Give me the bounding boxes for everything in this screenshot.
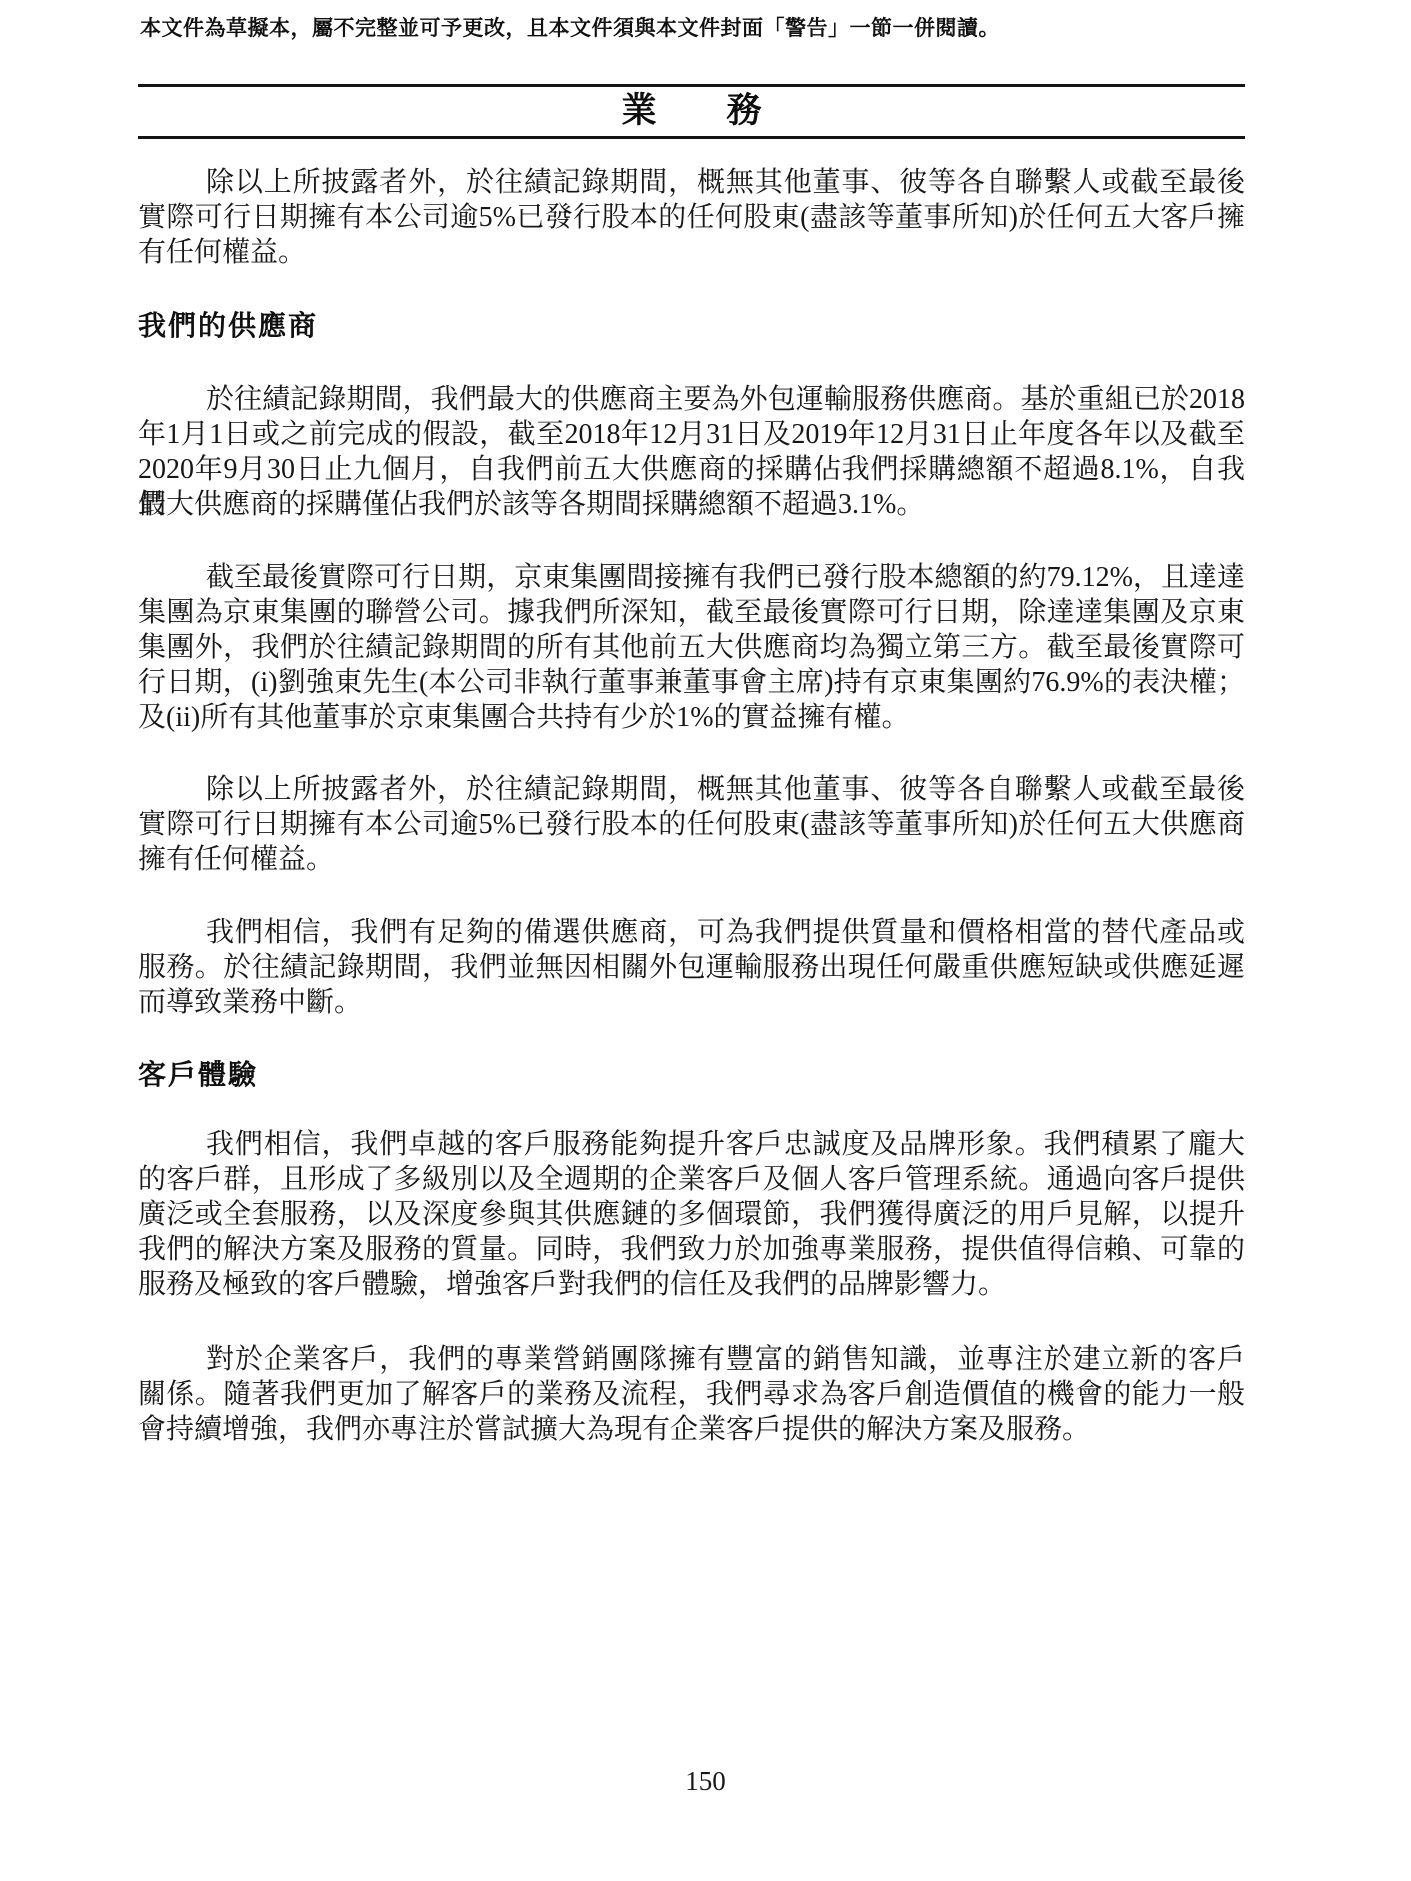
paragraph-customer-1: 我們相信，我們卓越的客戶服務能夠提升客戶忠誠度及品牌形象。我們積累了龐大 的客戶… [138,1127,1245,1302]
text-line: 有任何權益。 [138,235,1245,270]
text-line: 實際可行日期擁有本公司逾5%已發行股本的任何股東(盡該等董事所知)於任何五大供應… [138,807,1245,842]
heading-customer-experience: 客戶體驗 [138,1057,1245,1092]
page-number: 150 [0,1766,1411,1797]
text-line: 年1月1日或之前完成的假設，截至2018年12月31日及2019年12月31日止… [138,417,1245,452]
text-line: 行日期，(i)劉強東先生(本公司非執行董事兼董事會主席)持有京東集團約76.9%… [138,665,1245,700]
text-line: 及(ii)所有其他董事於京東集團合共持有少於1%的實益擁有權。 [138,700,1245,735]
text-line: 廣泛或全套服務，以及深度參與其供應鏈的多個環節，我們獲得廣泛的用戶見解，以提升 [138,1197,1245,1232]
paragraph-suppliers-1: 於往績記錄期間，我們最大的供應商主要為外包運輸服務供應商。基於重組已於2018 … [138,382,1245,522]
text-line: 除以上所披露者外，於往績記錄期間，概無其他董事、彼等各自聯繫人或截至最後 [138,165,1245,200]
heading-our-suppliers: 我們的供應商 [138,308,1245,343]
text-line: 除以上所披露者外，於往績記錄期間，概無其他董事、彼等各自聯繫人或截至最後 [138,772,1245,807]
text-line: 會持續增強，我們亦專注於嘗試擴大為現有企業客戶提供的解決方案及服務。 [138,1412,1245,1447]
paragraph-suppliers-2: 截至最後實際可行日期，京東集團間接擁有我們已發行股本總額的約79.12%，且達達… [138,560,1245,735]
text-line: 關係。隨著我們更加了解客戶的業務及流程，我們尋求為客戶創造價值的機會的能力一般 [138,1377,1245,1412]
text-line: 的客戶群，且形成了多級別以及全週期的企業客戶及個人客戶管理系統。通過向客戶提供 [138,1162,1245,1197]
text-line: 集團外，我們於往績記錄期間的所有其他前五大供應商均為獨立第三方。截至最後實際可 [138,630,1245,665]
text-line: 截至最後實際可行日期，京東集團間接擁有我們已發行股本總額的約79.12%，且達達 [138,560,1245,595]
text-line: 對於企業客戶，我們的專業營銷團隊擁有豐富的銷售知識，並專注於建立新的客戶 [138,1342,1245,1377]
text-line: 2020年9月30日止九個月，自我們前五大供應商的採購佔我們採購總額不超過8.1… [138,452,1245,487]
paragraph-suppliers-4: 我們相信，我們有足夠的備選供應商，可為我們提供質量和價格相當的替代產品或 服務。… [138,915,1245,1020]
title-rule-bottom [138,136,1245,139]
text-line: 實際可行日期擁有本公司逾5%已發行股本的任何股東(盡該等董事所知)於任何五大客戶… [138,200,1245,235]
title-rule-top [138,84,1245,87]
text-line: 我們的解決方案及服務的質量。同時，我們致力於加強專業服務，提供值得信賴、可靠的 [138,1232,1245,1267]
text-line: 服務及極致的客戶體驗，增強客戶對我們的信任及我們的品牌影響力。 [138,1267,1245,1302]
text-line: 我們相信，我們有足夠的備選供應商，可為我們提供質量和價格相當的替代產品或 [138,915,1245,950]
page-title: 業 務 [138,90,1245,132]
text-line: 最大供應商的採購僅佔我們於該等各期間採購總額不超過3.1%。 [138,487,1245,522]
document-page: 本文件為草擬本，屬不完整並可予更改，且本文件須與本文件封面「警告」一節一併閱讀。… [0,0,1411,1881]
text-line: 擁有任何權益。 [138,842,1245,877]
draft-warning-notice: 本文件為草擬本，屬不完整並可予更改，且本文件須與本文件封面「警告」一節一併閱讀。 [140,12,1000,42]
paragraph-customer-2: 對於企業客戶，我們的專業營銷團隊擁有豐富的銷售知識，並專注於建立新的客戶 關係。… [138,1342,1245,1447]
text-line: 於往績記錄期間，我們最大的供應商主要為外包運輸服務供應商。基於重組已於2018 [138,382,1245,417]
paragraph-intro: 除以上所披露者外，於往績記錄期間，概無其他董事、彼等各自聯繫人或截至最後 實際可… [138,165,1245,270]
paragraph-suppliers-3: 除以上所披露者外，於往績記錄期間，概無其他董事、彼等各自聯繫人或截至最後 實際可… [138,772,1245,877]
text-line: 而導致業務中斷。 [138,985,1245,1020]
text-line: 我們相信，我們卓越的客戶服務能夠提升客戶忠誠度及品牌形象。我們積累了龐大 [138,1127,1245,1162]
text-line: 集團為京東集團的聯營公司。據我們所深知，截至最後實際可行日期，除達達集團及京東 [138,595,1245,630]
text-line: 服務。於往績記錄期間，我們並無因相關外包運輸服務出現任何嚴重供應短缺或供應延遲 [138,950,1245,985]
